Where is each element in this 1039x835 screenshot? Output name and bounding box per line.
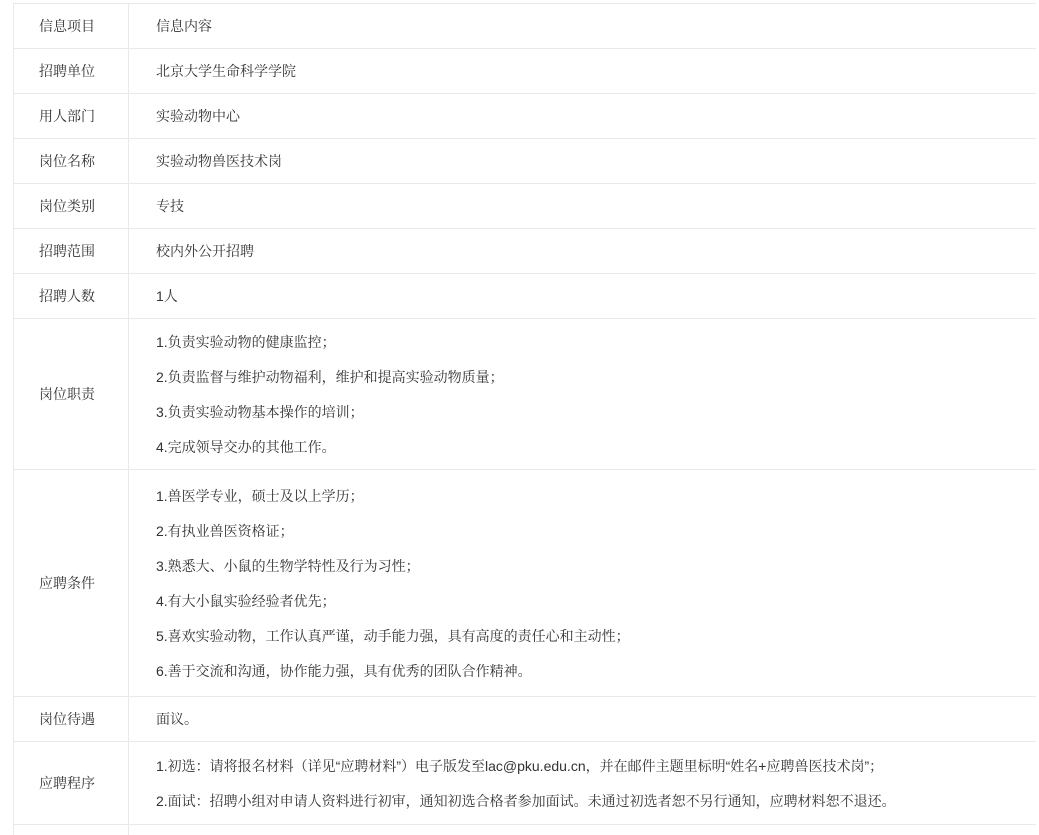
- row-label: 用人部门: [39, 106, 95, 126]
- content-line: 4.完成领导交办的其他工作。: [156, 437, 1026, 457]
- row-label: 岗位类别: [39, 196, 95, 216]
- row-label: 应聘条件: [39, 573, 95, 593]
- recruitment-info-table: 信息项目 信息内容 招聘单位 北京大学生命科学学院 用人部门 实验动物中心 岗位…: [13, 3, 1036, 835]
- row-content-cell: 实验动物中心: [129, 94, 1036, 138]
- row-label-cell: [14, 825, 129, 835]
- row-label: 招聘人数: [39, 286, 95, 306]
- row-content-cell: [129, 825, 1036, 835]
- row-content-cell: 专技: [129, 184, 1036, 228]
- content-line: 校内外公开招聘: [156, 241, 1026, 261]
- table-row: 应聘条件 1.兽医学专业，硕士及以上学历； 2.有执业兽医资格证； 3.熟悉大、…: [14, 470, 1036, 697]
- content-line: 3.负责实验动物基本操作的培训；: [156, 402, 1026, 422]
- row-label: 招聘范围: [39, 241, 95, 261]
- row-label-cell: 岗位名称: [14, 139, 129, 183]
- content-line: 1.兽医学专业，硕士及以上学历；: [156, 486, 1026, 506]
- table-row: 岗位类别 专技: [14, 184, 1036, 229]
- row-label-cell: 岗位待遇: [14, 697, 129, 741]
- header-label: 信息项目: [39, 16, 95, 36]
- content-line: 1.初选：请将报名材料（详见“应聘材料”）电子版发至lac@pku.edu.cn…: [156, 756, 1026, 776]
- row-content-cell: 实验动物兽医技术岗: [129, 139, 1036, 183]
- row-label-cell: 应聘条件: [14, 470, 129, 696]
- content-line: 1人: [156, 286, 1026, 306]
- content-line: 4.有大小鼠实验经验者优先；: [156, 591, 1026, 611]
- content-line: 北京大学生命科学学院: [156, 61, 1026, 81]
- table-row: 用人部门 实验动物中心: [14, 94, 1036, 139]
- content-line: 3.熟悉大、小鼠的生物学特性及行为习性；: [156, 556, 1026, 576]
- row-content-cell: 1.兽医学专业，硕士及以上学历； 2.有执业兽医资格证； 3.熟悉大、小鼠的生物…: [129, 470, 1036, 696]
- row-label-cell: 招聘范围: [14, 229, 129, 273]
- row-content-cell: 北京大学生命科学学院: [129, 49, 1036, 93]
- row-label: 招聘单位: [39, 61, 95, 81]
- row-label-cell: 招聘人数: [14, 274, 129, 318]
- row-label-cell: 用人部门: [14, 94, 129, 138]
- table-row: 招聘单位 北京大学生命科学学院: [14, 49, 1036, 94]
- header-content: 信息内容: [156, 16, 1026, 36]
- row-content-cell: 面议。: [129, 697, 1036, 741]
- content-line: 6.善于交流和沟通，协作能力强，具有优秀的团队合作精神。: [156, 661, 1026, 681]
- row-content-cell: 1.初选：请将报名材料（详见“应聘材料”）电子版发至lac@pku.edu.cn…: [129, 742, 1036, 824]
- row-label: 岗位名称: [39, 151, 95, 171]
- content-line: 5.喜欢实验动物，工作认真严谨，动手能力强，具有高度的责任心和主动性；: [156, 626, 1026, 646]
- row-label-cell: 岗位类别: [14, 184, 129, 228]
- table-row: 应聘程序 1.初选：请将报名材料（详见“应聘材料”）电子版发至lac@pku.e…: [14, 742, 1036, 825]
- content-line: 面议。: [156, 709, 1026, 729]
- row-content-cell: 1.负责实验动物的健康监控； 2.负责监督与维护动物福利，维护和提高实验动物质量…: [129, 319, 1036, 469]
- row-label-cell: 应聘程序: [14, 742, 129, 824]
- row-label: 应聘程序: [39, 773, 95, 793]
- table-row: 岗位名称 实验动物兽医技术岗: [14, 139, 1036, 184]
- row-label-cell: 岗位职责: [14, 319, 129, 469]
- content-line: 2.有执业兽医资格证；: [156, 521, 1026, 541]
- content-line: 1.负责实验动物的健康监控；: [156, 332, 1026, 352]
- row-label: 岗位待遇: [39, 709, 95, 729]
- row-label: 岗位职责: [39, 384, 95, 404]
- table-row: 岗位待遇 面议。: [14, 697, 1036, 742]
- content-line: 2.负责监督与维护动物福利，维护和提高实验动物质量；: [156, 367, 1026, 387]
- table-row: 招聘范围 校内外公开招聘: [14, 229, 1036, 274]
- table-row: 招聘人数 1人: [14, 274, 1036, 319]
- header-content-cell: 信息内容: [129, 4, 1036, 48]
- row-content-cell: 校内外公开招聘: [129, 229, 1036, 273]
- content-line: 实验动物中心: [156, 106, 1026, 126]
- table-row: 岗位职责 1.负责实验动物的健康监控； 2.负责监督与维护动物福利，维护和提高实…: [14, 319, 1036, 470]
- content-line: 2.面试：招聘小组对申请人资料进行初审，通知初选合格者参加面试。未通过初选者恕不…: [156, 791, 1026, 811]
- content-line: 实验动物兽医技术岗: [156, 151, 1026, 171]
- table-row-partial: [14, 825, 1036, 835]
- row-content-cell: 1人: [129, 274, 1036, 318]
- table-header-row: 信息项目 信息内容: [14, 4, 1036, 49]
- row-label-cell: 招聘单位: [14, 49, 129, 93]
- content-line: 专技: [156, 196, 1026, 216]
- header-label-cell: 信息项目: [14, 4, 129, 48]
